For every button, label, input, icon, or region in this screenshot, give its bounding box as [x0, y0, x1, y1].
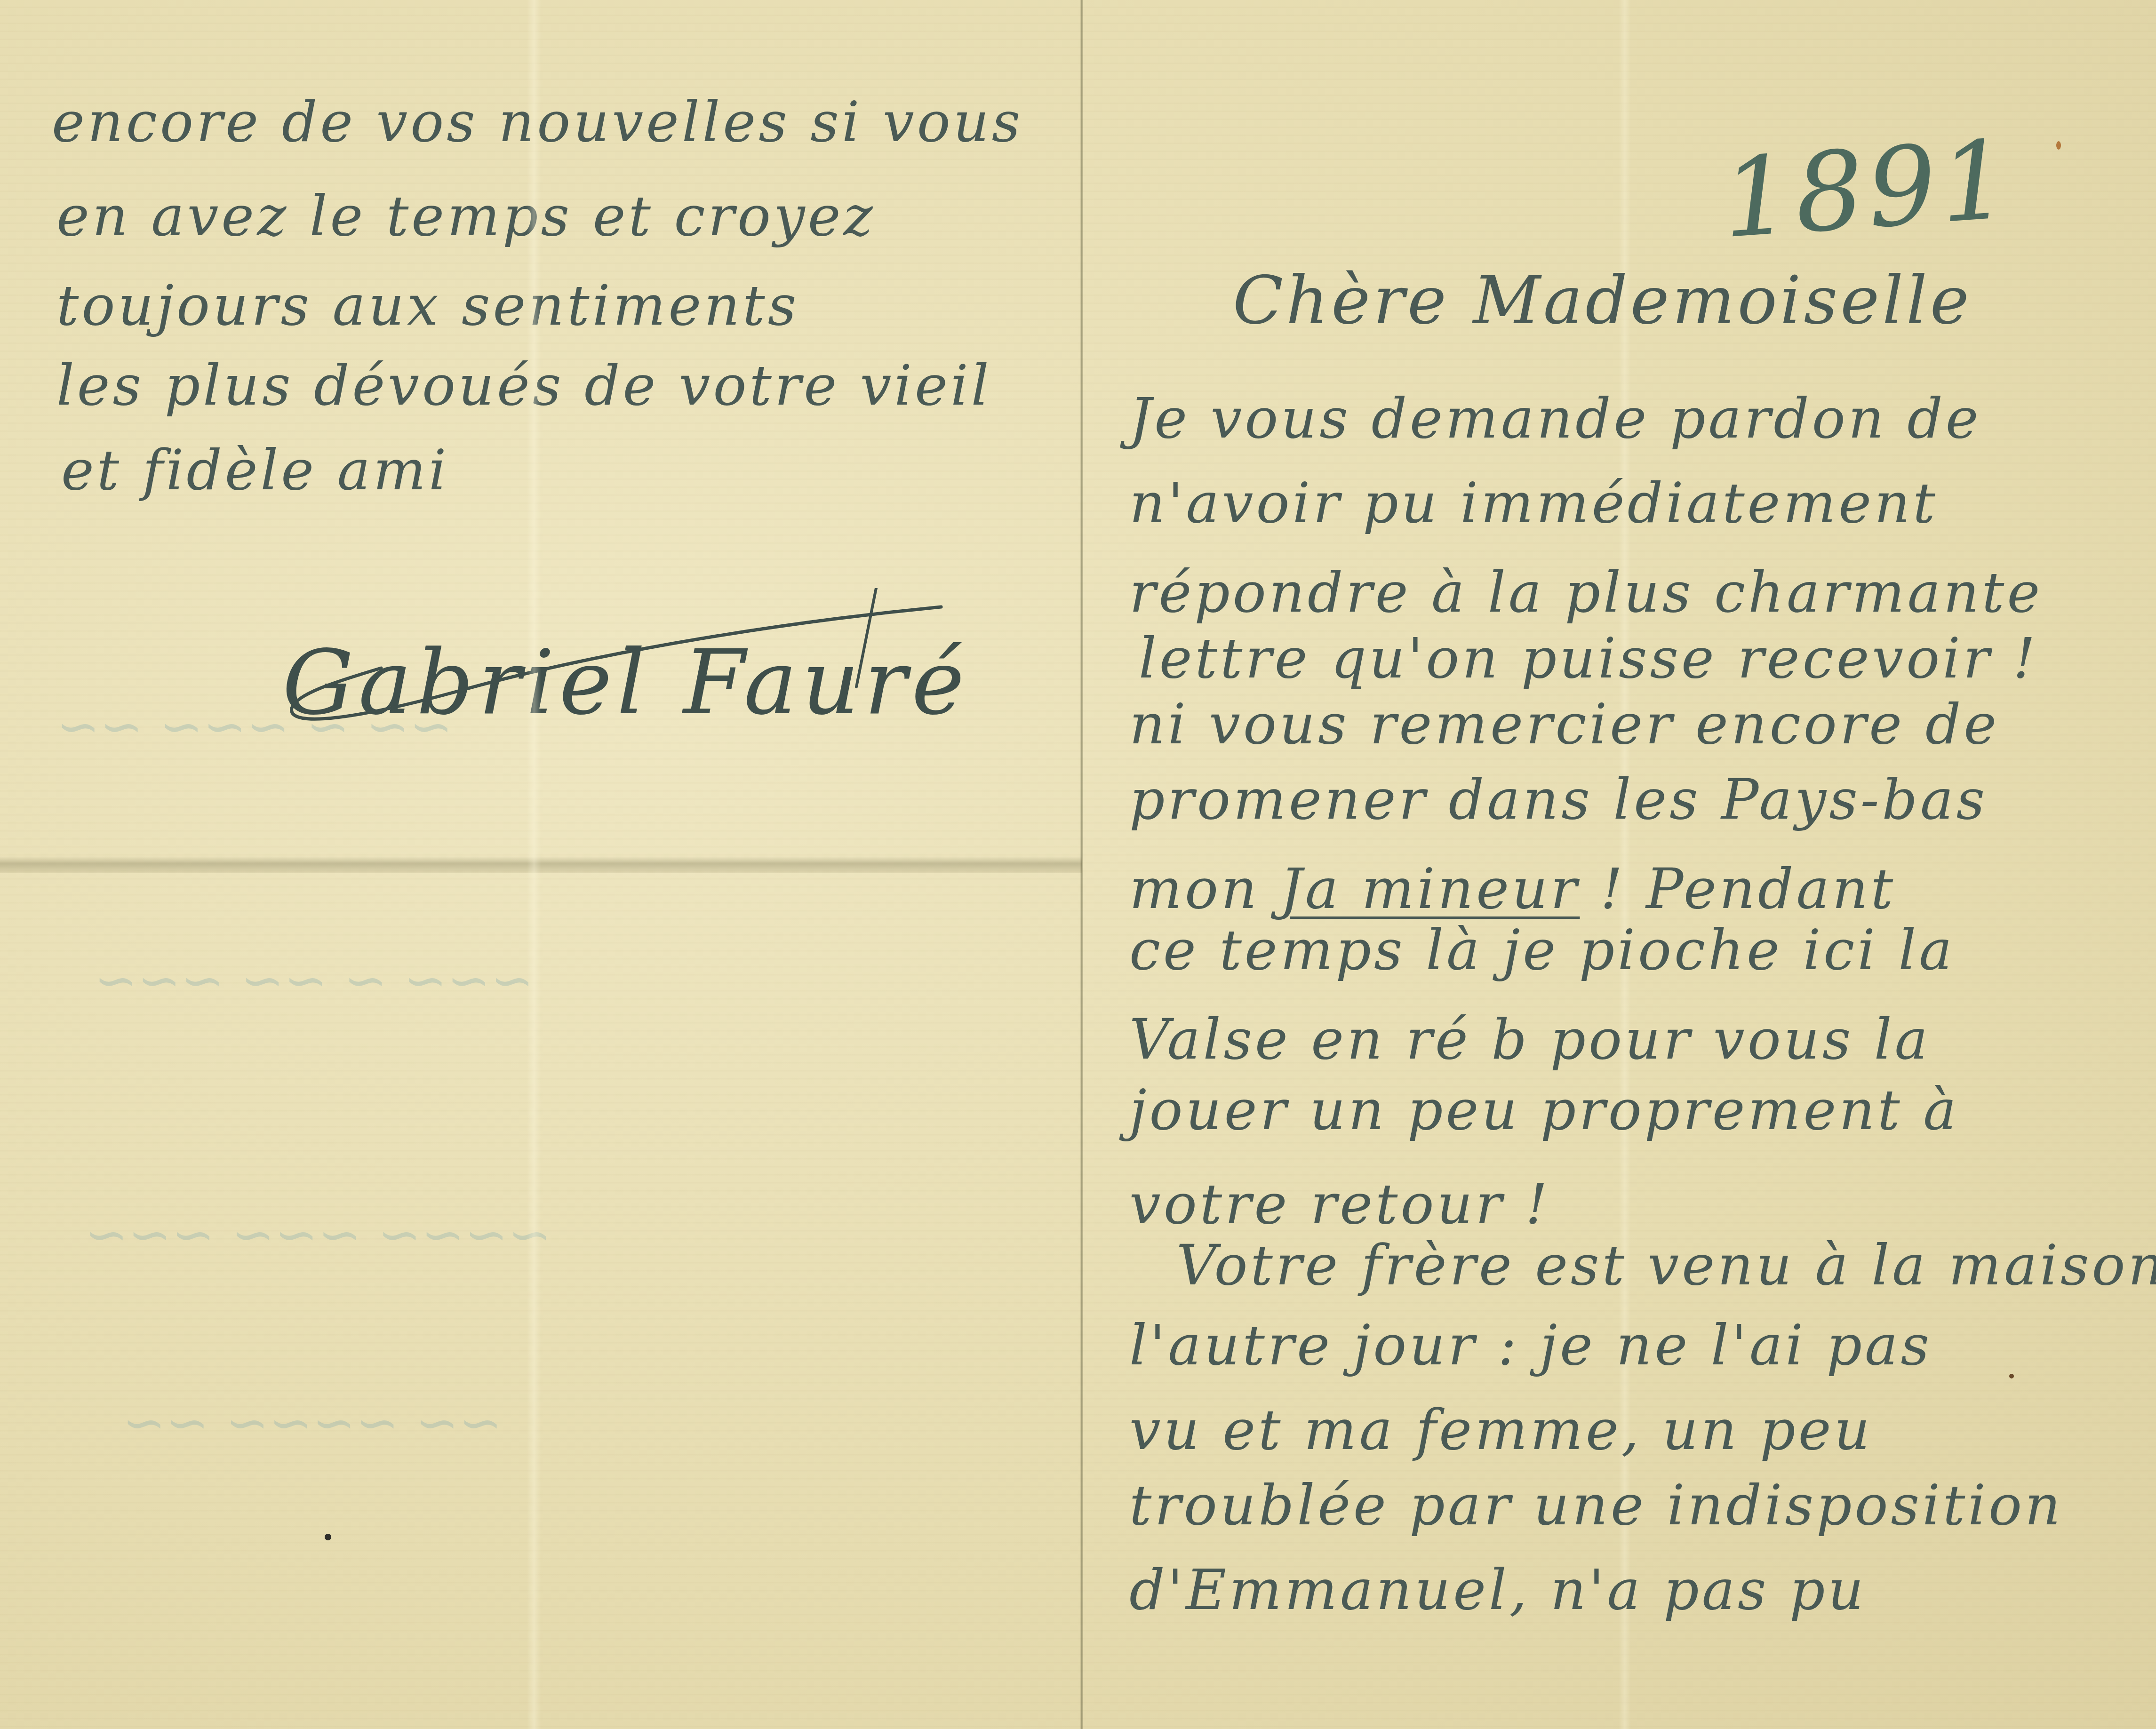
letter-line: vu et ma femme, un peu — [1129, 1402, 1873, 1458]
letter-line: en avez le temps et croyez — [56, 188, 876, 244]
vertical-fold — [527, 0, 541, 1729]
letter-line: lettre qu'on puisse recevoir ! — [1139, 630, 2038, 686]
letter-line: répondre à la plus charmante — [1129, 565, 2043, 620]
salutation: Chère Mademoiselle — [1233, 268, 1972, 334]
year-annotation: 1891 — [1718, 117, 2016, 263]
letter-line: votre retour ! — [1129, 1176, 1550, 1232]
letter-line: d'Emmanuel, n'a pas pu — [1129, 1562, 1867, 1617]
bleed-through-text: ~~~~ ~~~ ~~~ — [85, 1204, 551, 1265]
ink-dot — [325, 1534, 331, 1540]
letter-line: jouer un peu proprement à — [1129, 1082, 1959, 1138]
horizontal-fold — [0, 856, 1082, 873]
letter-line: troublée par une indisposition — [1129, 1477, 2063, 1533]
letter-line: les plus dévoués de votre vieil — [56, 358, 991, 413]
letter-scan: ~~ ~ ~~~ ~~ ~~~ ~ ~~ ~~~ ~~~~ ~~~ ~~~ ~~… — [0, 0, 2156, 1729]
letter-line: Valse en ré b pour vous la — [1129, 1012, 1931, 1067]
letter-line: n'avoir pu immédiatement — [1129, 475, 1938, 531]
bleed-through-text: ~~~ ~ ~~ ~~~ — [94, 950, 534, 1011]
signature-flourish-icon — [278, 588, 983, 729]
letter-line: ni vous remercier encore de — [1129, 696, 1999, 752]
letter-line: promener dans les Pays-bas — [1129, 772, 1988, 827]
letter-line: l'autre jour : je ne l'ai pas — [1129, 1317, 1932, 1373]
letter-line: toujours aux sentiments — [56, 278, 799, 333]
letter-line: Votre frère est venu à la maison — [1176, 1237, 2156, 1293]
stain-spot — [2056, 141, 2061, 150]
letter-line: Je vous demande pardon de — [1129, 390, 1981, 446]
stain-spot — [2009, 1374, 2014, 1378]
bleed-through-text: ~~ ~~~~ ~~ — [122, 1393, 502, 1453]
letter-line: ce temps là je pioche ici la — [1129, 922, 1955, 978]
letter-line: et fidèle ami — [61, 442, 449, 498]
